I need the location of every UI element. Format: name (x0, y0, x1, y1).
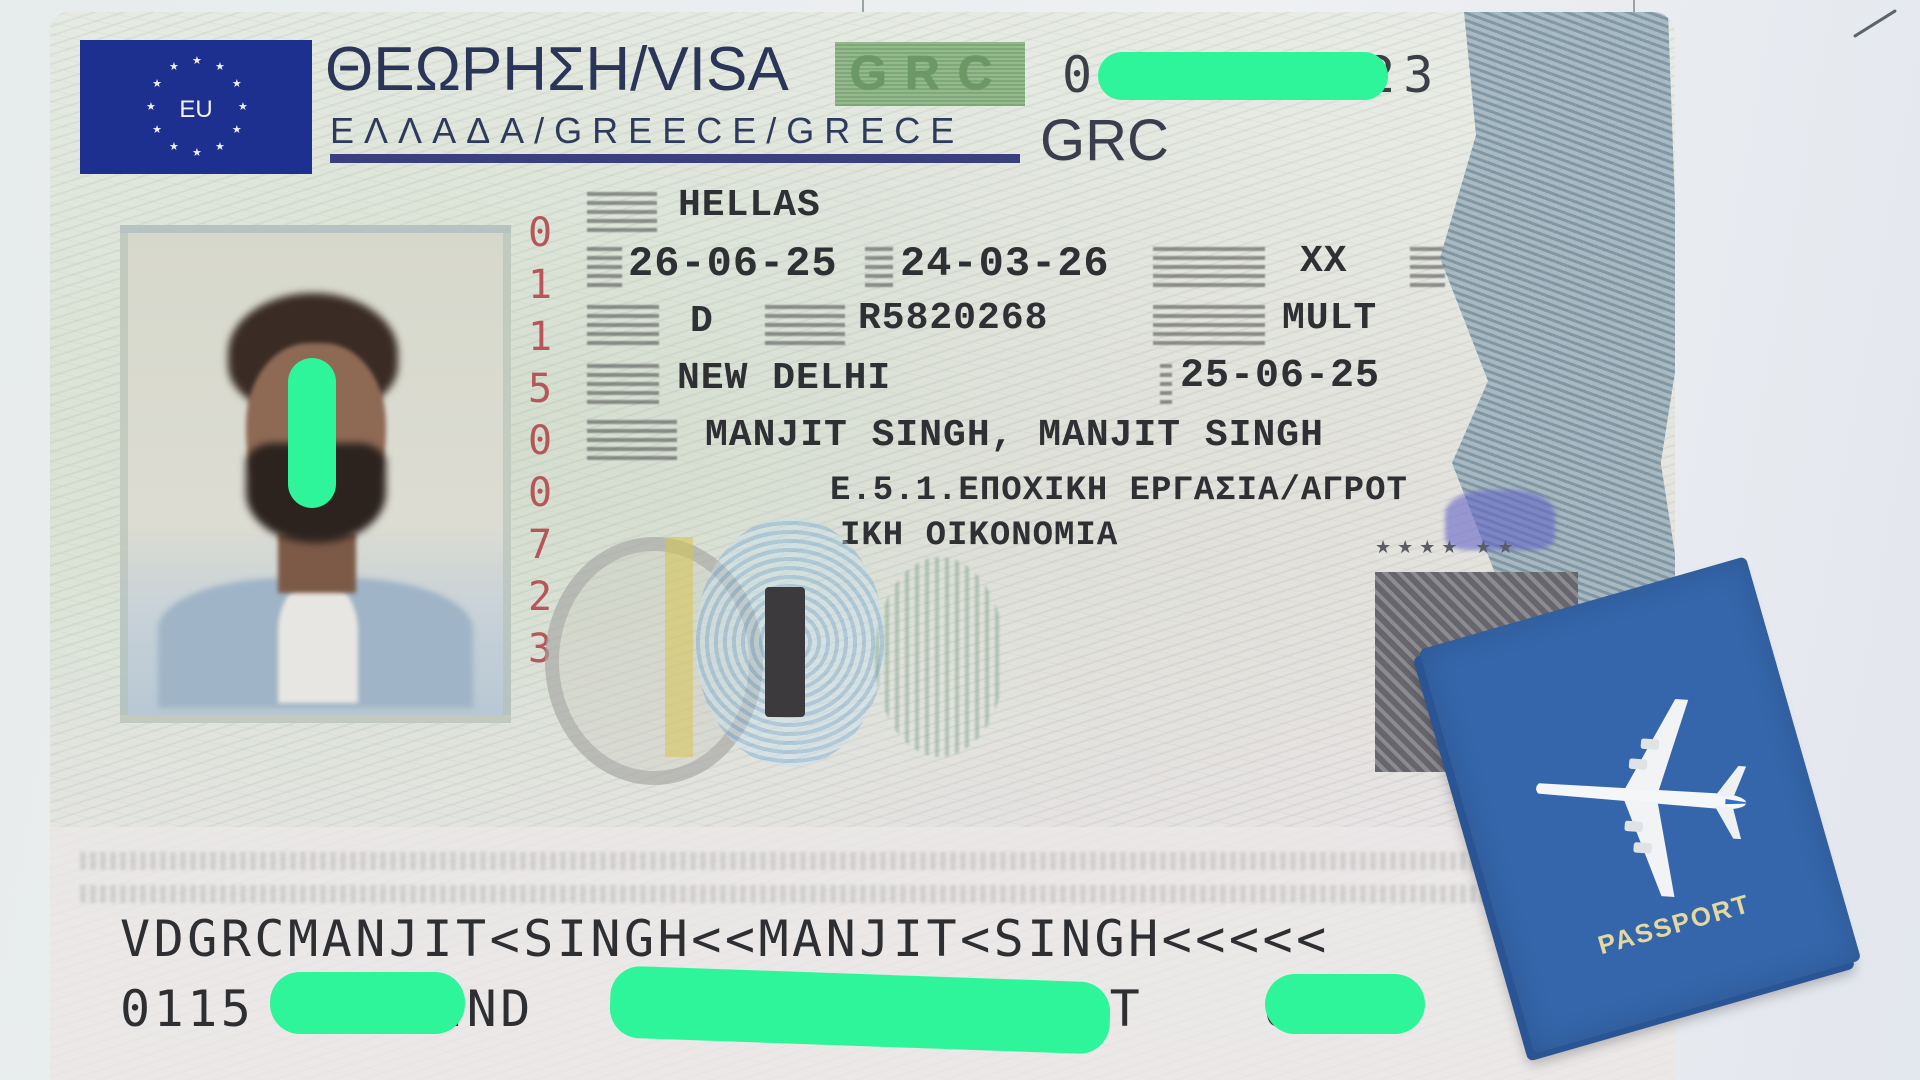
country-code: GRC (1040, 107, 1169, 174)
label-duration-right (1410, 247, 1445, 287)
mrz-segment: 0115 (120, 980, 254, 1038)
visa-sticker: ★★★★★★★★★★★★ EU ΘΕΩΡΗΣΗ/VISA GRC 023 ΕΛΛ… (50, 12, 1675, 1080)
eu-star-icon: ★ (238, 103, 246, 111)
label-surname-name (587, 420, 677, 460)
pen-mark (1853, 9, 1897, 38)
label-issue-date (1160, 364, 1172, 404)
passport-number-value: R5820268 (858, 297, 1048, 340)
hologram-eu-mark (765, 587, 805, 717)
surname-name-value: MANJIT SINGH, MANJIT SINGH (705, 414, 1324, 457)
eu-star-icon: ★ (152, 80, 160, 88)
issue-date-value: 25-06-25 (1180, 354, 1380, 399)
label-from (587, 247, 622, 287)
stars-decoration: ★★★★ ★★ (1375, 537, 1520, 558)
label-entries (1153, 305, 1265, 345)
eu-star-icon: ★ (215, 143, 223, 151)
eu-label: EU (176, 96, 216, 124)
eu-star-icon: ★ (192, 149, 200, 157)
label-duration (1153, 247, 1265, 287)
entries-value: MULT (1282, 297, 1377, 340)
label-valid-for (587, 192, 657, 232)
visa-title: ΘΕΩΡΗΣΗ/VISA (325, 34, 789, 105)
grc-seal: GRC (835, 42, 1025, 106)
redaction-mark (1265, 974, 1425, 1034)
microprint-bar (330, 154, 1020, 163)
eu-star-icon: ★ (215, 63, 223, 71)
microtext-band (80, 852, 1545, 870)
remarks-line-1: E.5.1.ΕΠΟΧΙΚΗ ΕΡΓΑΣΙΑ/ΑΓΡΟΤ (830, 472, 1408, 510)
label-passport-number (765, 305, 845, 345)
redaction-mark (270, 972, 465, 1034)
holder-photo (120, 225, 511, 723)
label-issued-in (587, 364, 659, 404)
type-of-visa-value: D (690, 300, 714, 343)
issued-in-value: NEW DELHI (677, 357, 891, 400)
eu-star-icon: ★ (146, 103, 154, 111)
eu-star-icon: ★ (169, 63, 177, 71)
eu-star-icon: ★ (152, 126, 160, 134)
valid-for-value: HELLAS (678, 184, 821, 227)
eu-flag-icon: ★★★★★★★★★★★★ EU (80, 40, 312, 174)
label-type-of-visa (587, 305, 659, 345)
mrz-line-1: VDGRCMANJIT<SINGH<<MANJIT<SINGH<<<<< (120, 910, 1330, 968)
issuing-country: ΕΛΛΑΔΑ/GREECE/GRECE (330, 110, 964, 152)
microtext-band (80, 885, 1545, 903)
hologram-green-pattern (875, 557, 1005, 757)
eu-star-icon: ★ (232, 126, 240, 134)
redaction-mark (1098, 52, 1388, 100)
from-date-value: 26-06-25 (628, 240, 838, 288)
duration-of-stay-value: XX (1300, 240, 1348, 283)
hologram-gold-strip (665, 537, 693, 757)
eu-star-icon: ★ (169, 143, 177, 151)
label-until (865, 247, 893, 287)
photo-tee (278, 583, 358, 703)
eu-star-icon: ★ (232, 80, 240, 88)
security-hologram (545, 517, 1025, 787)
face-redaction-mark (288, 358, 336, 508)
until-date-value: 24-03-26 (900, 240, 1110, 288)
eu-star-icon: ★ (192, 57, 200, 65)
sticker-number-prefix: 0 (1062, 46, 1100, 104)
